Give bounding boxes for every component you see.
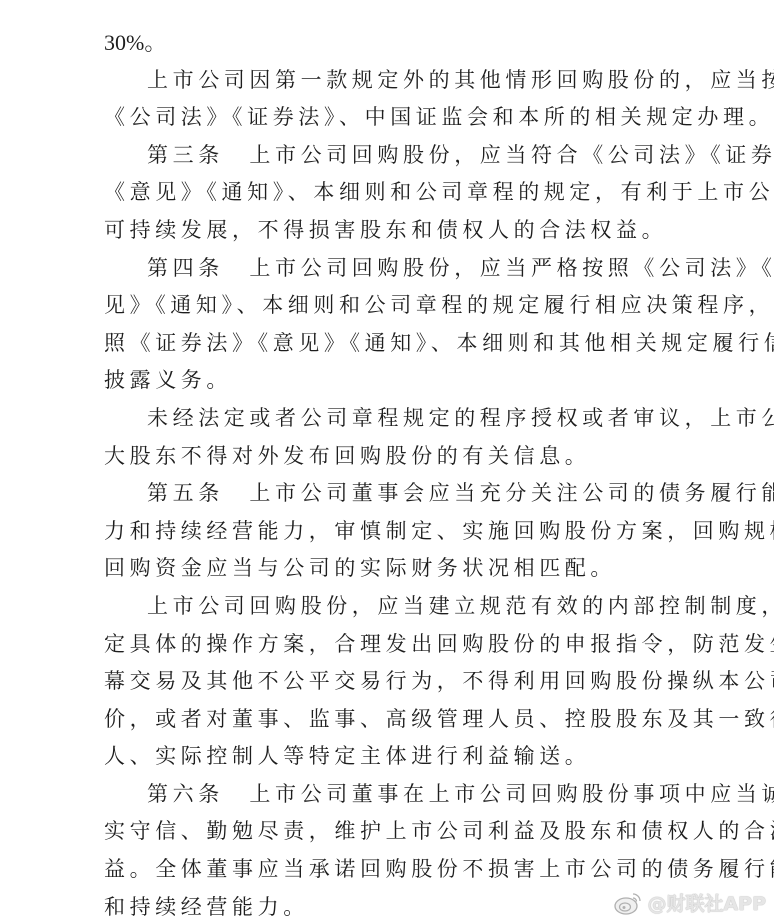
document-page: 30%。 上市公司因第一款规定外的其他情形回购股份的，应当按照 《公司法》《证券… — [0, 0, 774, 924]
doc-line-other-repurchase: 上市公司因第一款规定外的其他情形回购股份的，应当按照 — [104, 62, 664, 100]
article-4-heading-line: 第四条 上市公司回购股份，应当严格按照《公司法》《意 — [104, 250, 664, 288]
article-5-heading-line: 第五条 上市公司董事会应当充分关注公司的债务履行能 — [104, 475, 664, 513]
article-3-heading-line: 第三条 上市公司回购股份，应当符合《公司法》《证券法》 — [104, 137, 664, 175]
weibo-logo-icon — [613, 890, 643, 916]
doc-line-percent: 30%。 — [104, 24, 664, 62]
doc-line: 益。全体董事应当承诺回购股份不损害上市公司的债务履行能力 — [104, 851, 664, 889]
watermark: @财联社APP — [613, 889, 766, 916]
watermark-text: @财联社APP — [647, 889, 766, 916]
doc-line: 见》《通知》、本细则和公司章程的规定履行相应决策程序，并按 — [104, 287, 664, 325]
doc-line: 回购资金应当与公司的实际财务状况相匹配。 — [104, 550, 664, 588]
doc-line: 实守信、勤勉尽责，维护上市公司利益及股东和债权人的合法权 — [104, 813, 664, 851]
doc-line-unauthorized: 未经法定或者公司章程规定的程序授权或者审议，上市公司、 — [104, 400, 664, 438]
article-6-heading-line: 第六条 上市公司董事在上市公司回购股份事项中应当诚 — [104, 776, 664, 814]
doc-line: 照《证券法》《意见》《通知》、本细则和其他相关规定履行信息 — [104, 325, 664, 363]
doc-line: 《意见》《通知》、本细则和公司章程的规定，有利于上市公司的 — [104, 174, 664, 212]
doc-line: 大股东不得对外发布回购股份的有关信息。 — [104, 438, 664, 476]
doc-line: 定具体的操作方案，合理发出回购股份的申报指令，防范发生内 — [104, 626, 664, 664]
doc-line: 价，或者对董事、监事、高级管理人员、控股股东及其一致行动 — [104, 701, 664, 739]
doc-line-internal-control: 上市公司回购股份，应当建立规范有效的内部控制制度，制 — [104, 588, 664, 626]
document-body: 30%。 上市公司因第一款规定外的其他情形回购股份的，应当按照 《公司法》《证券… — [104, 24, 664, 924]
doc-line: 披露义务。 — [104, 362, 664, 400]
doc-line: 力和持续经营能力，审慎制定、实施回购股份方案，回购规模和 — [104, 513, 664, 551]
doc-line: 和持续经营能力。 — [104, 889, 664, 924]
doc-line: 《公司法》《证券法》、中国证监会和本所的相关规定办理。 — [104, 99, 664, 137]
doc-line: 可持续发展，不得损害股东和债权人的合法权益。 — [104, 212, 664, 250]
doc-line: 幕交易及其他不公平交易行为，不得利用回购股份操纵本公司股 — [104, 663, 664, 701]
doc-line: 人、实际控制人等特定主体进行利益输送。 — [104, 738, 664, 776]
